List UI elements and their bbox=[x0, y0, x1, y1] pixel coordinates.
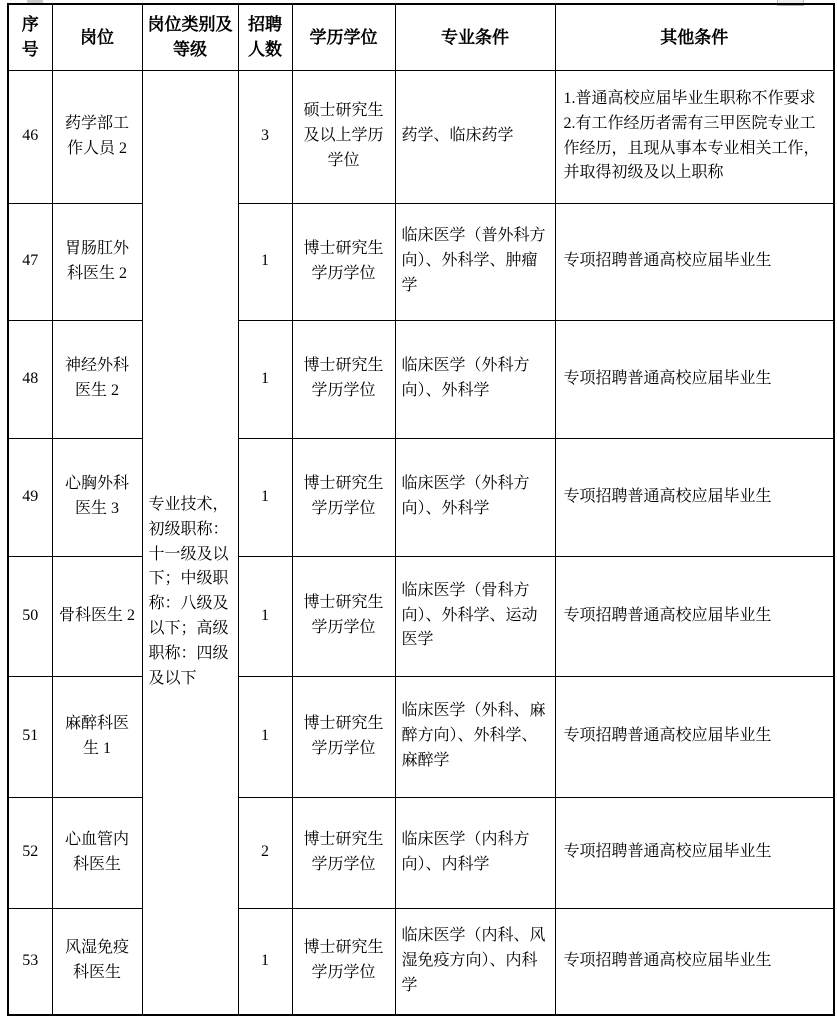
cell-other: 专项招聘普通高校应届毕业生 bbox=[555, 908, 834, 1015]
cell-education: 博士研究生学历学位 bbox=[292, 320, 395, 438]
table-row-53: 53 风湿免疫科医生 1 博士研究生学历学位 临床医学（内科、风湿免疫方向）、内… bbox=[8, 908, 834, 1015]
table-row-47: 47 胃肠肛外科医生 2 1 博士研究生学历学位 临床医学（普外科方向）、外科学… bbox=[8, 203, 834, 320]
cell-major: 临床医学（外科方向）、外科学 bbox=[395, 320, 555, 438]
cell-count: 1 bbox=[238, 438, 292, 556]
document-page: 序号 岗位 岗位类别及等级 招聘人数 学历学位 专业条件 其他条件 46 药学部… bbox=[0, 0, 837, 1021]
cell-count: 3 bbox=[238, 70, 292, 203]
cell-major: 临床医学（内科方向）、内科学 bbox=[395, 797, 555, 908]
cell-seq: 52 bbox=[8, 797, 52, 908]
header-count: 招聘人数 bbox=[238, 4, 292, 70]
header-row: 序号 岗位 岗位类别及等级 招聘人数 学历学位 专业条件 其他条件 bbox=[8, 4, 834, 70]
cell-seq: 53 bbox=[8, 908, 52, 1015]
cell-count: 1 bbox=[238, 320, 292, 438]
cell-other: 专项招聘普通高校应届毕业生 bbox=[555, 203, 834, 320]
header-education: 学历学位 bbox=[292, 4, 395, 70]
cell-major: 临床医学（外科、麻醉方向）、外科学、麻醉学 bbox=[395, 676, 555, 797]
table-row-52: 52 心血管内科医生 2 博士研究生学历学位 临床医学（内科方向）、内科学 专项… bbox=[8, 797, 834, 908]
cell-seq: 51 bbox=[8, 676, 52, 797]
cell-other: 1.普通高校应届毕业生职称不作要求 2.有工作经历者需有三甲医院专业工作经历，且… bbox=[555, 70, 834, 203]
cell-category-merged: 专业技术，初级职称：十一级及以下；中级职称：八级及以下；高级职称：四级及以下 bbox=[142, 70, 238, 1015]
cell-other: 专项招聘普通高校应届毕业生 bbox=[555, 676, 834, 797]
header-other: 其他条件 bbox=[555, 4, 834, 70]
cell-other: 专项招聘普通高校应届毕业生 bbox=[555, 556, 834, 676]
cell-other: 专项招聘普通高校应届毕业生 bbox=[555, 320, 834, 438]
recruitment-table: 序号 岗位 岗位类别及等级 招聘人数 学历学位 专业条件 其他条件 46 药学部… bbox=[7, 3, 835, 1016]
table-row-48: 48 神经外科医生 2 1 博士研究生学历学位 临床医学（外科方向）、外科学 专… bbox=[8, 320, 834, 438]
cell-count: 1 bbox=[238, 556, 292, 676]
cell-position: 药学部工作人员 2 bbox=[52, 70, 142, 203]
cell-major: 药学、临床药学 bbox=[395, 70, 555, 203]
cell-education: 博士研究生学历学位 bbox=[292, 203, 395, 320]
table-row-49: 49 心胸外科医生 3 1 博士研究生学历学位 临床医学（外科方向）、外科学 专… bbox=[8, 438, 834, 556]
cell-seq: 48 bbox=[8, 320, 52, 438]
cell-position: 神经外科医生 2 bbox=[52, 320, 142, 438]
cell-seq: 50 bbox=[8, 556, 52, 676]
cell-education: 博士研究生学历学位 bbox=[292, 556, 395, 676]
cell-other: 专项招聘普通高校应届毕业生 bbox=[555, 438, 834, 556]
cell-count: 2 bbox=[238, 797, 292, 908]
cell-position: 骨科医生 2 bbox=[52, 556, 142, 676]
table-row-51: 51 麻醉科医生 1 1 博士研究生学历学位 临床医学（外科、麻醉方向）、外科学… bbox=[8, 676, 834, 797]
cell-count: 1 bbox=[238, 908, 292, 1015]
cell-other: 专项招聘普通高校应届毕业生 bbox=[555, 797, 834, 908]
cell-position: 胃肠肛外科医生 2 bbox=[52, 203, 142, 320]
header-category: 岗位类别及等级 bbox=[142, 4, 238, 70]
cell-education: 硕士研究生及以上学历学位 bbox=[292, 70, 395, 203]
cell-position: 心血管内科医生 bbox=[52, 797, 142, 908]
header-seq: 序号 bbox=[8, 4, 52, 70]
cell-major: 临床医学（外科方向）、外科学 bbox=[395, 438, 555, 556]
cell-position: 心胸外科医生 3 bbox=[52, 438, 142, 556]
table-row-46: 46 药学部工作人员 2 专业技术，初级职称：十一级及以下；中级职称：八级及以下… bbox=[8, 70, 834, 203]
cell-education: 博士研究生学历学位 bbox=[292, 908, 395, 1015]
cell-seq: 46 bbox=[8, 70, 52, 203]
cell-major: 临床医学（骨科方向）、外科学、运动医学 bbox=[395, 556, 555, 676]
cell-count: 1 bbox=[238, 676, 292, 797]
cell-position: 麻醉科医生 1 bbox=[52, 676, 142, 797]
cell-position: 风湿免疫科医生 bbox=[52, 908, 142, 1015]
cell-education: 博士研究生学历学位 bbox=[292, 438, 395, 556]
cell-education: 博士研究生学历学位 bbox=[292, 676, 395, 797]
header-position: 岗位 bbox=[52, 4, 142, 70]
cell-major: 临床医学（普外科方向）、外科学、肿瘤学 bbox=[395, 203, 555, 320]
cell-seq: 47 bbox=[8, 203, 52, 320]
cell-seq: 49 bbox=[8, 438, 52, 556]
table-row-50: 50 骨科医生 2 1 博士研究生学历学位 临床医学（骨科方向）、外科学、运动医… bbox=[8, 556, 834, 676]
cell-education: 博士研究生学历学位 bbox=[292, 797, 395, 908]
header-major: 专业条件 bbox=[395, 4, 555, 70]
cell-count: 1 bbox=[238, 203, 292, 320]
cell-major: 临床医学（内科、风湿免疫方向）、内科学 bbox=[395, 908, 555, 1015]
